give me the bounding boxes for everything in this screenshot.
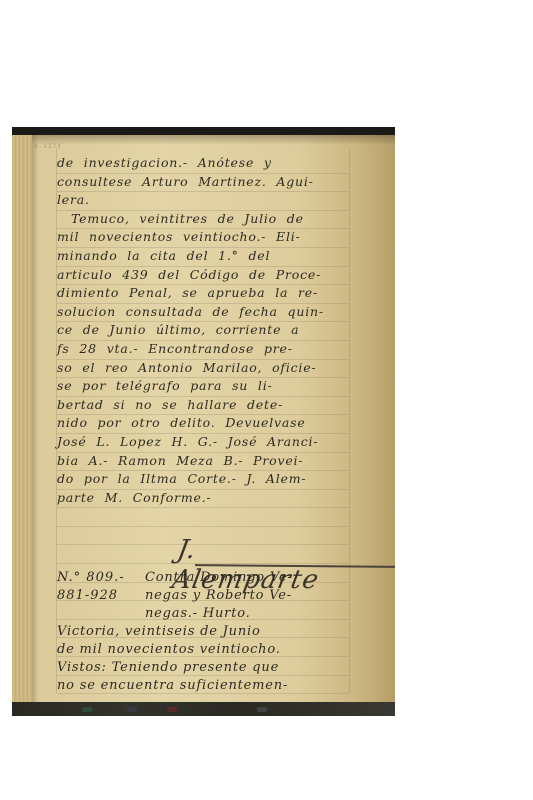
text-line: lera. (57, 192, 349, 211)
text-line: minando la cita del 1.° del (57, 248, 349, 267)
case-body-line: no se encuentra suficientemen- (57, 678, 288, 693)
text-line: Temuco, veintitres de Julio de (57, 211, 349, 230)
text-line: fs 28 vta.- Encontrandose pre- (57, 341, 349, 360)
text-line: José L. Lopez H. G.- José Aranci- (57, 434, 349, 453)
text-line: parte M. Conforme.- (57, 490, 349, 509)
text-line: so el reo Antonio Marilao, oficie- (57, 360, 349, 379)
text-line: dimiento Penal, se aprueba la re- (57, 285, 349, 304)
right-margin-rule (349, 149, 350, 693)
background-object (127, 707, 137, 712)
case-number: N.° 809.- (57, 570, 139, 585)
case-pages: 881-928 (57, 588, 139, 603)
page-gutter-shadow (32, 135, 38, 703)
case-body-line: Vistos: Teniendo presente que (57, 660, 279, 675)
catalog-stamp: 8-1173 (34, 143, 62, 150)
page-stack-edge (12, 135, 32, 703)
text-line: articulo 439 del Código de Proce- (57, 267, 349, 286)
case-body-line: Victoria, veintiseis de Junio (57, 624, 261, 639)
text-line: solucion consultada de fecha quin- (57, 304, 349, 323)
text-line: do por la Iltma Corte.- J. Alem- (57, 471, 349, 490)
ledger-photo: 8-1173 de investigacion.- Anótese y cons… (12, 127, 395, 716)
text-line: ce de Junio último, corriente a (57, 322, 349, 341)
text-line: nido por otro delito. Devuelvase (57, 415, 349, 434)
case-body-line: de mil novecientos veintiocho. (57, 642, 281, 657)
background-object (82, 707, 92, 712)
background-object (167, 707, 177, 712)
text-line: mil novecientos veintiocho.- Eli- (57, 229, 349, 248)
text-line: bertad si no se hallare dete- (57, 397, 349, 416)
case-heading-line: Contra Domingo Ve- (145, 570, 293, 585)
background-object (257, 707, 267, 712)
text-line: se por telégrafo para su li- (57, 378, 349, 397)
case-heading-line: negas y Roberto Ve- (145, 588, 292, 603)
text-line: bia A.- Ramon Meza B.- Provei- (57, 453, 349, 472)
text-line: consultese Arturo Martinez. Agui- (57, 174, 349, 193)
text-line: de investigacion.- Anótese y (57, 155, 349, 174)
case-heading-line: negas.- Hurto. (145, 606, 251, 621)
handwritten-text-block: de investigacion.- Anótese y consultese … (57, 155, 349, 695)
ledger-page: 8-1173 de investigacion.- Anótese y cons… (12, 135, 395, 703)
blank-ruled-line (57, 508, 349, 527)
table-surface (12, 702, 395, 716)
